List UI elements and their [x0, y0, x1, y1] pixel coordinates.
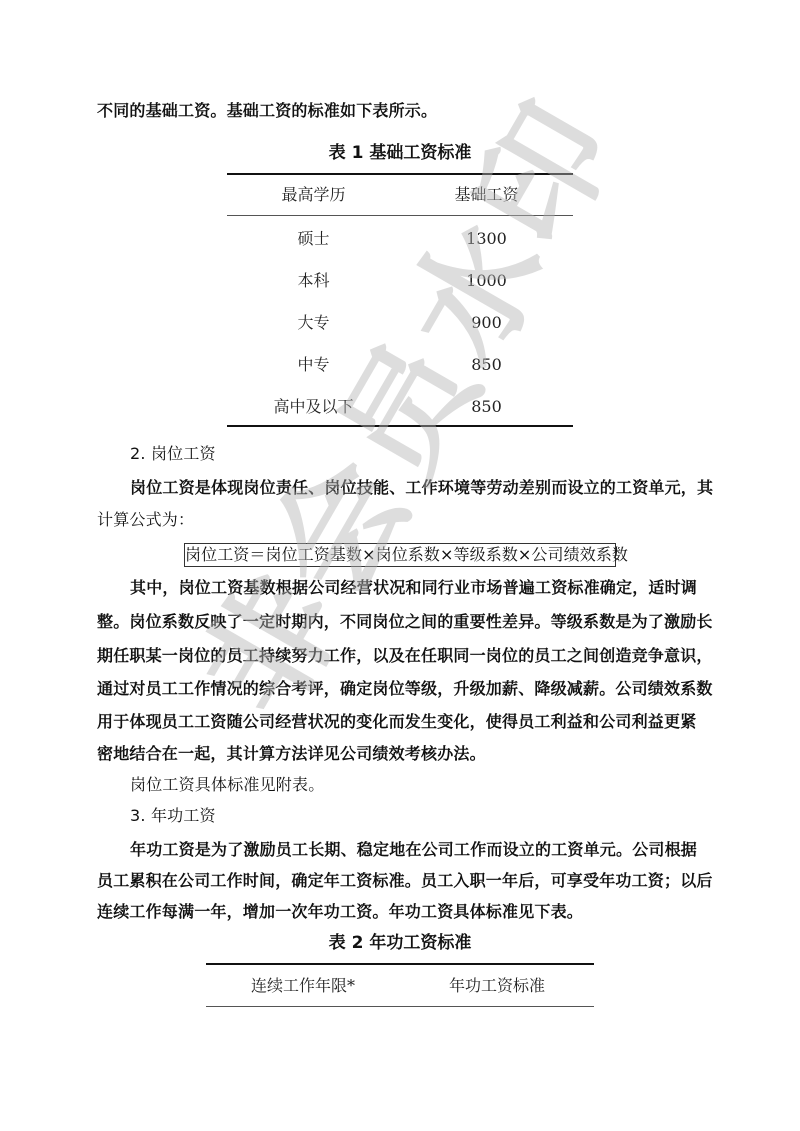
table1-cell: 850 [400, 399, 573, 415]
section2-para2-line: 用于体现员工工资随公司经营状况的变化而发生变化，使得员工利益和公司利益更紧 [97, 714, 707, 730]
section2-para1-line2: 计算公式为： [97, 512, 707, 528]
table1-cell: 高中及以下 [227, 399, 400, 415]
table1-top-rule [227, 173, 573, 175]
section2-para2-line: 密地结合在一起，其计算方法详见公司绩效考核办法。 [97, 746, 707, 762]
table1-cell: 大专 [227, 315, 400, 331]
section2-heading: 2. 岗位工资 [130, 446, 740, 462]
table2-top-rule [206, 963, 594, 965]
table1-bottom-rule [227, 425, 573, 427]
table1-cell: 本科 [227, 273, 400, 289]
table1-cell: 850 [400, 357, 573, 373]
table2-header-standard: 年功工资标准 [400, 978, 594, 994]
section3-para-line: 年功工资是为了激励员工长期、稳定地在公司工作而设立的工资单元。公司根据 [130, 842, 740, 858]
table1-cell: 1000 [400, 273, 573, 289]
table1-header-education: 最高学历 [227, 187, 400, 203]
section2-para2-line: 通过对员工工作情况的综合考评，确定岗位等级，升级加薪、降级减薪。公司绩效系数 [97, 681, 707, 697]
section2-para3: 岗位工资具体标准见附表。 [130, 777, 740, 793]
table1-cell: 中专 [227, 357, 400, 373]
section2-para2-line: 期任职某一岗位的员工持续努力工作，以及在任职同一岗位的员工之间创造竞争意识， [97, 648, 707, 664]
section2-para2-line: 整。岗位系数反映了一定时期内，不同岗位之间的重要性差异。等级系数是为了激励长 [97, 614, 707, 630]
table2-header-years: 连续工作年限* [206, 978, 400, 994]
table1-cell: 硕士 [227, 231, 400, 247]
salary-formula-box: 岗位工资＝岗位工资基数×岗位系数×等级系数×公司绩效系数 [184, 543, 616, 567]
table2-header-rule [206, 1006, 594, 1007]
section2-para2-line: 其中，岗位工资基数根据公司经营状况和同行业市场普遍工资标准确定，适时调 [130, 580, 740, 596]
table1-cell: 1300 [400, 231, 573, 247]
intro-paragraph: 不同的基础工资。基础工资的标准如下表所示。 [97, 103, 707, 119]
table1-caption: 表 1 基础工资标准 [0, 145, 800, 162]
table1-header-base-salary: 基础工资 [400, 187, 573, 203]
section3-para-line: 连续工作每满一年，增加一次年功工资。年功工资具体标准见下表。 [97, 904, 707, 920]
section2-para1-line1: 岗位工资是体现岗位责任、岗位技能、工作环境等劳动差别而设立的工资单元，其 [130, 480, 740, 496]
section3-para-line: 员工累积在公司工作时间，确定年工资标准。员工入职一年后，可享受年功工资；以后 [97, 873, 707, 889]
table2-caption: 表 2 年功工资标准 [0, 935, 800, 952]
table1-header-rule [227, 215, 573, 216]
table1-cell: 900 [400, 315, 573, 331]
document-page: 不同的基础工资。基础工资的标准如下表所示。 表 1 基础工资标准 最高学历 基础… [0, 0, 800, 1131]
section3-heading: 3. 年功工资 [130, 808, 740, 824]
